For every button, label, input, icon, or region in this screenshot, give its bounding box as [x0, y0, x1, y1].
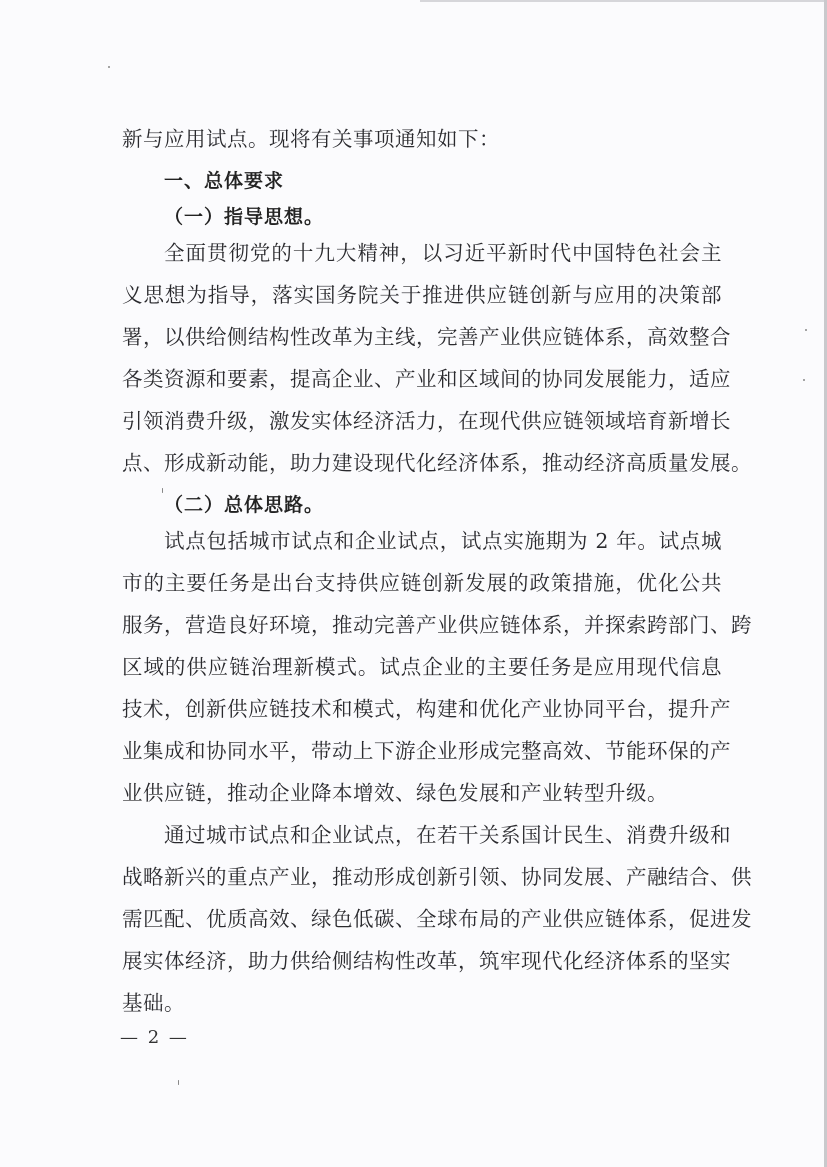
paragraph-line: 区域的供应链治理新模式。试点企业的主要任务是应用现代信息	[122, 650, 722, 692]
paragraph-line: 各类资源和要素，提高企业、产业和区域间的协同发展能力，适应	[122, 362, 722, 404]
intro-line: 新与应用试点。现将有关事项通知如下：	[122, 122, 722, 164]
section-heading: 一、总体要求	[122, 164, 722, 200]
subsection-heading: （二）总体思路。	[122, 488, 722, 524]
paragraph-line: 业集成和协同水平，带动上下游企业形成完整高效、节能环保的产	[122, 734, 722, 776]
paragraph-line: 引领消费升级，激发实体经济活力，在现代供应链领域培育新增长	[122, 404, 722, 446]
paragraph-line: 全面贯彻党的十九大精神，以习近平新时代中国特色社会主	[122, 236, 722, 278]
paragraph-line: 战略新兴的重点产业，推动形成创新引领、协同发展、产融结合、供	[122, 860, 722, 902]
paragraph-line: 义思想为指导，落实国务院关于推进供应链创新与应用的决策部	[122, 278, 722, 320]
document-body: 新与应用试点。现将有关事项通知如下： 一、总体要求 （一）指导思想。 全面贯彻党…	[122, 122, 722, 1028]
paragraph-line: 市的主要任务是出台支持供应链创新发展的政策措施，优化公共	[122, 566, 722, 608]
paragraph-line: 试点包括城市试点和企业试点，试点实施期为 2 年。试点城	[122, 524, 722, 566]
paragraph-line: 通过城市试点和企业试点，在若干关系国计民生、消费升级和	[122, 818, 722, 860]
subsection-heading: （一）指导思想。	[122, 200, 722, 236]
scan-top-edge	[420, 0, 827, 2]
paragraph-line: 服务，营造良好环境，推动完善产业供应链体系，并探索跨部门、跨	[122, 608, 722, 650]
paragraph-line: 需匹配、优质高效、绿色低碳、全球布局的产业供应链体系，促进发	[122, 902, 722, 944]
scan-speck	[178, 1080, 179, 1085]
paragraph-line: 署，以供给侧结构性改革为主线，完善产业供应链体系，高效整合	[122, 320, 722, 362]
paragraph-line: 业供应链，推动企业降本增效、绿色发展和产业转型升级。	[122, 776, 722, 818]
paragraph-line: 基础。	[122, 986, 722, 1028]
paragraph-line: 点、形成新动能，助力建设现代化经济体系，推动经济高质量发展。	[122, 446, 722, 488]
paragraph-line: 技术，创新供应链技术和模式，构建和优化产业协同平台，提升产	[122, 692, 722, 734]
paragraph-line: 展实体经济，助力供给侧结构性改革，筑牢现代化经济体系的坚实	[122, 944, 722, 986]
page-number: — 2 —	[120, 1027, 189, 1048]
paragraph-pilot-goals: 通过城市试点和企业试点，在若干关系国计民生、消费升级和 战略新兴的重点产业，推动…	[122, 818, 722, 1028]
scan-speck	[108, 66, 110, 68]
paragraph-overall-approach: 试点包括城市试点和企业试点，试点实施期为 2 年。试点城 市的主要任务是出台支持…	[122, 524, 722, 818]
scan-speck	[803, 379, 805, 381]
paragraph-guiding-ideology: 全面贯彻党的十九大精神，以习近平新时代中国特色社会主 义思想为指导，落实国务院关…	[122, 236, 722, 488]
scan-speck	[805, 329, 807, 331]
